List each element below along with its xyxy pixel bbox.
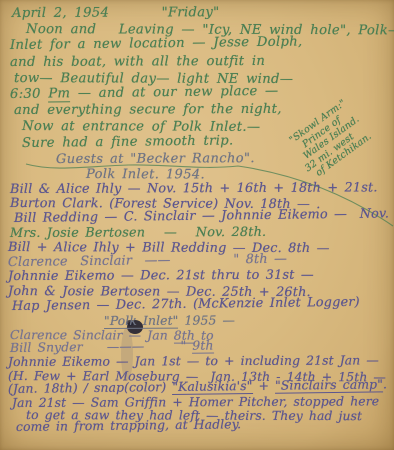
text-segment: Mrs. Josie Bertosen — Nov. 28th. bbox=[10, 224, 266, 240]
text-segment: come in from trapping, at Hadley. bbox=[16, 416, 241, 434]
underlined-text: "Sinclairs camp" bbox=[275, 377, 383, 394]
text-segment: April 2, 1954 "Friday" bbox=[12, 5, 220, 21]
text-segment: Guests at "Becker Rancho". bbox=[56, 151, 255, 167]
handwriting-line: Hap Jensen — Dec. 27th. (McKenzie Inlet … bbox=[12, 295, 390, 314]
diary-page-photo: April 2, 1954 "Friday"Noon and Leaving —… bbox=[0, 0, 394, 450]
handwriting-line: come in from trapping, at Hadley. bbox=[16, 416, 390, 432]
handwriting-line: Johnnie Eikemo — Dec. 21st thru to 31st … bbox=[8, 269, 390, 285]
handwriting-line: 6:30 Pm — and at our new place — bbox=[10, 82, 390, 103]
text-segment: Johnnie Eikemo — Jan 1st — to + includin… bbox=[8, 352, 379, 369]
section-guest-log-1955: "Polk Inlet" 1955 —Clarence Sinclair — J… bbox=[8, 314, 390, 432]
text-segment: Inlet for a new location — Jesse Dolph, bbox=[10, 35, 303, 54]
handwriting-line: Inlet for a new location — Jesse Dolph, bbox=[10, 34, 390, 55]
text-segment: 1955 — bbox=[178, 313, 235, 328]
text-segment: Bill & Alice Ihly — Nov. 15th + 16th + 1… bbox=[10, 180, 378, 197]
section-guest-log-1954: Bill & Alice Ihly — Nov. 15th + 16th + 1… bbox=[8, 183, 390, 314]
underlined-text: Pm bbox=[48, 86, 70, 102]
text-segment: . bbox=[383, 377, 387, 392]
journal-text: April 2, 1954 "Friday"Noon and Leaving —… bbox=[8, 6, 390, 432]
handwriting-line: and his boat, with all the outfit in bbox=[10, 53, 390, 71]
underlined-text: 9th bbox=[192, 338, 213, 354]
text-segment: + bbox=[252, 378, 275, 393]
handwriting-line: Bill Redding — C. Sinclair — Johnnie Eik… bbox=[14, 207, 390, 226]
handwriting-line: "Polk Inlet" 1955 — bbox=[104, 313, 390, 328]
handwriting-line: Mrs. Josie Bertosen — Nov. 28th. bbox=[10, 225, 390, 241]
text-segment: and his boat, with all the outfit in bbox=[10, 53, 265, 69]
handwriting-line: Johnnie Eikemo — Jan 1st — to + includin… bbox=[8, 353, 390, 368]
text-segment: and everything secure for the night, bbox=[14, 102, 282, 118]
handwriting-line: Bill & Alice Ihly — Nov. 15th + 16th + 1… bbox=[10, 181, 390, 197]
underlined-text: "Kalusikia's" bbox=[172, 378, 252, 395]
text-segment: Sure had a fine smooth trip. bbox=[22, 133, 234, 151]
handwriting-line: April 2, 1954 "Friday" bbox=[12, 4, 390, 22]
text-segment: Johnnie Eikemo — Dec. 21st thru to 31st … bbox=[8, 268, 314, 284]
text-segment: — and at our new place — bbox=[70, 84, 278, 102]
text-segment: 6:30 bbox=[10, 87, 48, 102]
